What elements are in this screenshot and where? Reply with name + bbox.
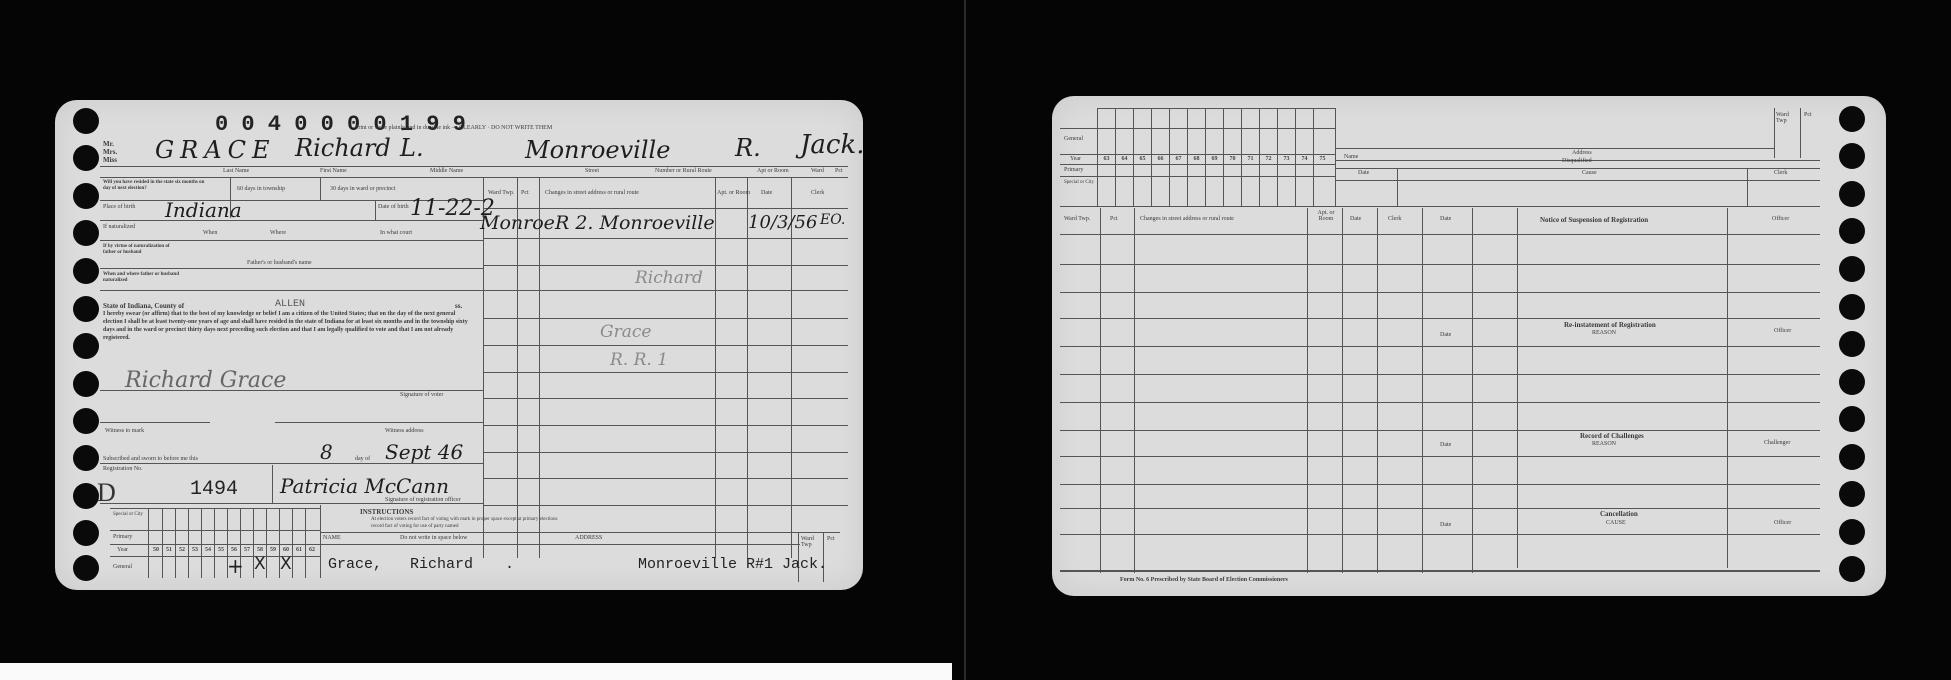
label-witness-mark: Witness to mark xyxy=(105,428,144,434)
change-entry-address: R 2. Monroeville xyxy=(555,212,715,234)
punch-hole-icon xyxy=(73,258,99,284)
label-naturalized: If naturalized xyxy=(103,224,135,230)
challenges-date: Date xyxy=(1440,442,1451,448)
punch-hole-icon xyxy=(73,220,99,246)
oath-ss: ss. xyxy=(455,302,462,310)
th-changes: Changes in street address or rural route xyxy=(545,190,639,196)
back-label-pct: Pct xyxy=(1804,112,1812,118)
back-grid-label-general: General xyxy=(1064,136,1083,142)
back-grid-label-primary: Primary xyxy=(1064,167,1083,173)
form-footer: Form No. 6 Prescribed by State Board of … xyxy=(1120,577,1288,583)
faint-entry-1: Richard xyxy=(635,268,703,288)
label-subscribed: Subscribed and sworn to before me this xyxy=(103,456,198,462)
punch-hole-icon xyxy=(73,445,99,471)
punch-hole-icon xyxy=(1839,519,1865,545)
first-name: Richard xyxy=(295,134,391,162)
year-59: 59 xyxy=(267,547,279,553)
cancellation-officer: Officer xyxy=(1774,520,1791,526)
punch-hole-icon xyxy=(73,108,99,134)
back-grid-label-special: Special or City xyxy=(1064,180,1094,185)
registration-card-front: 0 0 4 0 0 0 0 1 9 9 Print or write plain… xyxy=(55,100,863,590)
faint-entry-2: Grace xyxy=(600,322,651,342)
punch-hole-icon xyxy=(73,145,99,171)
punch-hole-icon xyxy=(73,333,99,359)
punch-hole-icon xyxy=(1839,181,1865,207)
subscribed-month-year: Sept 46 xyxy=(385,440,463,464)
year-67: 67 xyxy=(1170,156,1187,162)
street: Monroeville xyxy=(525,136,670,164)
year-62: 62 xyxy=(306,547,318,553)
label-parent-naturalization: If by virtue of naturalization of father… xyxy=(103,244,183,256)
back-th-clerk: Clerk xyxy=(1388,216,1401,222)
reinstatement-reason: REASON xyxy=(1592,330,1616,336)
label-township-residence: 60 days in township xyxy=(237,186,285,192)
punch-hole-icon xyxy=(1839,406,1865,432)
typed-address: Monroeville R#1 Jack. xyxy=(638,556,827,573)
year-58: 58 xyxy=(254,547,266,553)
label-when: When xyxy=(203,230,217,236)
punch-hole-icon xyxy=(73,296,99,322)
year-51: 51 xyxy=(163,547,175,553)
year-55: 55 xyxy=(215,547,227,553)
year-60: 60 xyxy=(280,547,292,553)
cancellation-title: Cancellation xyxy=(1600,510,1638,518)
vote-mark-60: X xyxy=(280,554,292,574)
label-do-not-write: Do not write in space below xyxy=(400,535,467,541)
year-53: 53 xyxy=(189,547,201,553)
label-registration-no: Registration No. xyxy=(103,466,143,472)
year-72: 72 xyxy=(1260,156,1277,162)
punch-hole-icon xyxy=(1839,556,1865,582)
salutation-mrs: Mrs. xyxy=(103,148,117,156)
punch-hole-icon xyxy=(1839,218,1865,244)
registration-card-back: General Year Primary Special or City 63 … xyxy=(1052,96,1886,596)
cancellation-cause: CAUSE xyxy=(1606,520,1626,526)
grid-label-special: Special or City xyxy=(113,512,143,517)
back-th-date: Date xyxy=(1350,216,1361,222)
year-54: 54 xyxy=(202,547,214,553)
vote-mark-58: X xyxy=(254,554,266,574)
back-label-ward: Ward Twp xyxy=(1776,112,1796,124)
scan-margin-strip xyxy=(0,663,952,680)
faint-entry-3: R. R. 1 xyxy=(610,350,668,370)
cancellation-date: Date xyxy=(1440,522,1451,528)
year-57: 57 xyxy=(241,547,253,553)
punch-hole-icon xyxy=(1839,444,1865,470)
typed-first-name: Richard xyxy=(410,556,473,573)
label-last-name: Last Name xyxy=(223,168,249,174)
film-frame-divider xyxy=(964,0,966,680)
suspension-officer: Officer xyxy=(1772,216,1789,222)
punch-hole-icon xyxy=(73,371,99,397)
year-52: 52 xyxy=(176,547,188,553)
year-50: 50 xyxy=(150,547,162,553)
rural-route: R. xyxy=(735,134,761,162)
reinstatement-officer: Officer xyxy=(1774,328,1791,334)
ward-township: Jack. xyxy=(800,130,865,160)
challenges-challenger: Challenger xyxy=(1764,440,1790,446)
punch-hole-icon xyxy=(1839,256,1865,282)
date-of-birth: 11-22-2 xyxy=(410,196,495,221)
label-bottom-name: NAME xyxy=(323,535,341,541)
typed-surname: Grace, xyxy=(328,556,382,573)
grid-label-primary: Primary xyxy=(113,534,132,540)
oath-state-line: State of Indiana, County of xyxy=(103,302,184,310)
th-date: Date xyxy=(761,190,772,196)
reinstatement-date: Date xyxy=(1440,332,1451,338)
year-63: 63 xyxy=(1098,156,1115,162)
punch-hole-icon xyxy=(1839,106,1865,132)
label-pct: Pct xyxy=(835,168,843,174)
label-voter-signature: Signature of voter xyxy=(400,392,443,398)
label-state-residence: Will you have resided in the state six m… xyxy=(103,180,213,192)
punch-hole-icon xyxy=(1839,369,1865,395)
year-75: 75 xyxy=(1314,156,1331,162)
label-court: In what court xyxy=(380,230,412,236)
place-of-birth: Indiana xyxy=(165,198,242,222)
challenges-reason: REASON xyxy=(1592,441,1616,447)
year-68: 68 xyxy=(1188,156,1205,162)
punch-hole-icon xyxy=(1839,143,1865,169)
suspension-title: Notice of Suspension of Registration xyxy=(1540,216,1648,224)
instructions-line-2: record fact of voting for use of party n… xyxy=(371,524,458,529)
oath-county: ALLEN xyxy=(275,299,305,310)
label-witness-address: Witness address xyxy=(385,428,424,434)
back-th-pct: Pct xyxy=(1110,216,1118,222)
salutation-mr: Mr. xyxy=(103,140,114,148)
th-clerk: Clerk xyxy=(811,190,824,196)
year-64: 64 xyxy=(1116,156,1133,162)
punch-hole-icon xyxy=(73,183,99,209)
year-66: 66 xyxy=(1152,156,1169,162)
label-officer-signature: Signature of registration officer xyxy=(385,497,461,503)
reinstatement-title: Re-instatement of Registration xyxy=(1564,321,1656,329)
label-date-of-birth: Date of birth xyxy=(378,204,409,210)
year-69: 69 xyxy=(1206,156,1223,162)
year-61: 61 xyxy=(293,547,305,553)
punch-hole-icon xyxy=(1839,481,1865,507)
label-day-of: day of xyxy=(355,456,370,462)
year-65: 65 xyxy=(1134,156,1151,162)
punch-hole-icon xyxy=(73,483,99,509)
label-ward-residence: 30 days in ward or precinct xyxy=(330,186,395,192)
back-th-ward: Ward Twp. xyxy=(1064,216,1094,222)
challenges-title: Record of Challenges xyxy=(1580,432,1644,440)
label-where: Where xyxy=(270,230,286,236)
back-label-address: Address xyxy=(1572,150,1592,156)
punch-hole-icon xyxy=(73,520,99,546)
instructions-title: INSTRUCTIONS xyxy=(360,508,413,516)
punch-hole-icon xyxy=(1839,294,1865,320)
subscribed-day: 8 xyxy=(320,440,333,464)
label-apt: Apt or Room xyxy=(757,168,789,174)
vote-mark-56: + xyxy=(227,554,244,578)
year-74: 74 xyxy=(1296,156,1313,162)
change-entry-date: 10/3/56 xyxy=(748,212,817,233)
punch-hole-icon xyxy=(1839,331,1865,357)
registration-number: 1494 xyxy=(190,478,238,501)
label-middle-name: Middle Name xyxy=(430,168,463,174)
back-label-cause: Cause xyxy=(1582,170,1597,176)
label-number-route: Number or Rural Route xyxy=(655,168,712,174)
back-grid-label-year: Year xyxy=(1070,156,1081,162)
grid-label-year: Year xyxy=(117,547,128,553)
middle-name: L. xyxy=(400,134,424,162)
surname: GRACE xyxy=(155,136,275,164)
back-label-disqualified: Disqualified xyxy=(1562,158,1592,164)
th-apt: Apt. or Room xyxy=(717,190,750,196)
year-73: 73 xyxy=(1278,156,1295,162)
back-label-date: Date xyxy=(1358,170,1369,176)
oath-text: I hereby swear (or affirm) that to the b… xyxy=(103,310,473,342)
back-th-apt: Apt. or Room xyxy=(1312,210,1340,222)
punch-hole-icon xyxy=(73,408,99,434)
year-70: 70 xyxy=(1224,156,1241,162)
back-label-clerk: Clerk xyxy=(1774,170,1787,176)
change-entry-clerk: EO. xyxy=(820,212,845,228)
typed-dot: . xyxy=(505,556,514,573)
grid-label-general: General xyxy=(113,564,132,570)
officer-signature: Patricia McCann xyxy=(280,474,449,498)
label-street: Street xyxy=(585,168,599,174)
th-pct: Pct xyxy=(521,190,529,196)
year-56: 56 xyxy=(228,547,240,553)
punch-hole-icon xyxy=(73,555,99,581)
salutation-miss: Miss xyxy=(103,156,117,164)
label-place-of-birth: Place of birth xyxy=(103,204,135,210)
suspension-date: Date xyxy=(1440,216,1451,222)
year-71: 71 xyxy=(1242,156,1259,162)
label-bottom-ward: Ward Twp xyxy=(801,536,821,548)
label-bottom-pct: Pct xyxy=(827,536,835,542)
label-bottom-address: ADDRESS xyxy=(575,535,602,541)
header-instruction: Print or write plainly and in durable in… xyxy=(355,125,552,131)
label-ward: Ward xyxy=(811,168,824,174)
label-when-where-naturalized: When and where father or husband natural… xyxy=(103,272,203,284)
back-th-changes: Changes in street address or rural route xyxy=(1140,216,1234,222)
label-first-name: First Name xyxy=(320,168,347,174)
instructions-line-1: At election voters record fact of voting… xyxy=(371,517,557,522)
label-parent-name: Father's or husband's name xyxy=(247,260,312,266)
